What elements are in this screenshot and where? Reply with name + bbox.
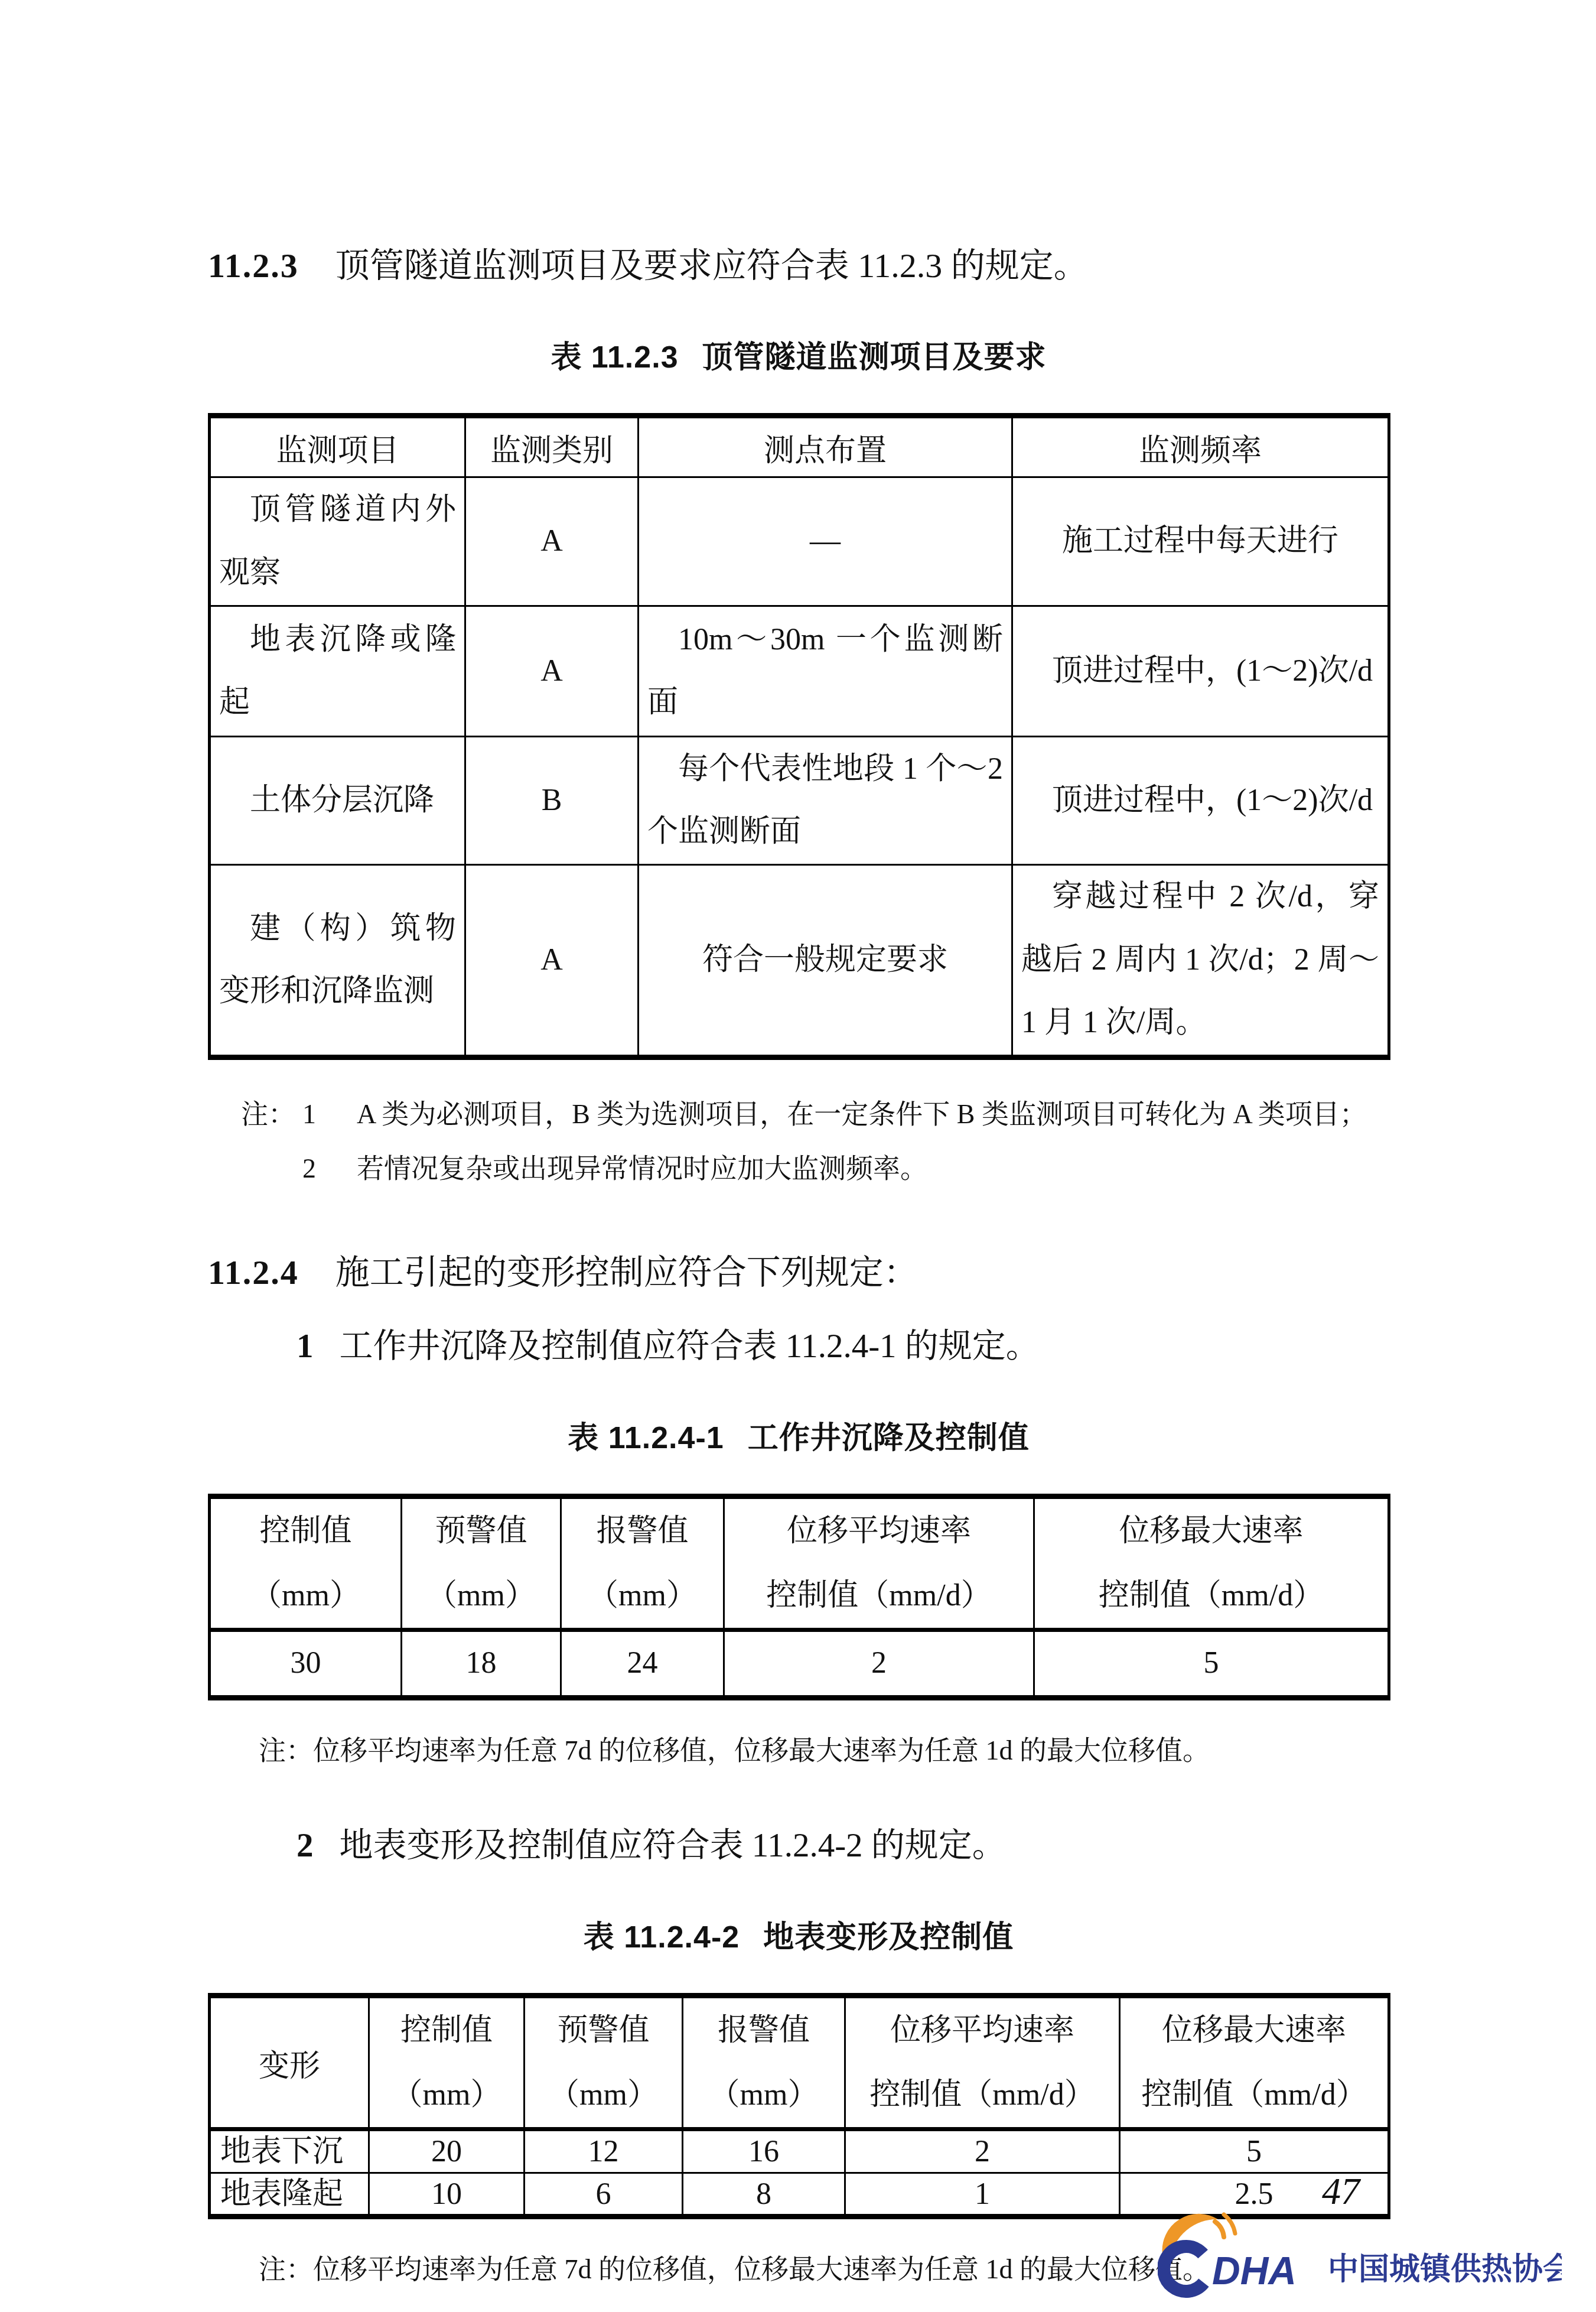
cell-layout: — <box>639 477 1012 606</box>
logo-orange-arc-tiny <box>1224 2215 1235 2233</box>
cell-value: 6 <box>525 2173 683 2217</box>
column-header: 位移平均速率 控制值（mm/d） <box>724 1496 1034 1630</box>
clause-number: 11.2.3 <box>208 246 299 285</box>
table-11-2-4-1-note: 注：位移平均速率为任意 7d 的位移值，位移最大速率为任意 1d 的最大位移值。 <box>259 1729 1389 1773</box>
cell-value: 8 <box>683 2173 845 2217</box>
table-caption-label: 表 11.2.3 <box>551 340 678 375</box>
column-header: 监测类别 <box>465 416 639 477</box>
table-caption-title: 地表变形及控制值 <box>763 1920 1014 1955</box>
column-header: 预警值 （mm） <box>402 1496 561 1630</box>
clause-11-2-4: 11.2.4施工引起的变形控制应符合下列规定： <box>208 1248 1389 1298</box>
table-11-2-4-2: 变形 控制值 （mm） 预警值 （mm） 报警值 （mm） 位移平均速率 控制值… <box>208 1993 1390 2219</box>
cell-value: 24 <box>561 1630 724 1698</box>
cell-value: 18 <box>402 1630 561 1698</box>
note-label: 注： <box>241 1087 302 1142</box>
cell-item: 顶管隧道内外观察 <box>210 477 465 606</box>
page-content: 11.2.3顶管隧道监测项目及要求应符合表 11.2.3 的规定。 表 11.2… <box>208 0 1389 2291</box>
cell-frequency: 施工过程中每天进行 <box>1012 477 1389 606</box>
column-header: 预警值 （mm） <box>525 1996 683 2129</box>
clause-item-2: 2地表变形及控制值应符合表 11.2.4-2 的规定。 <box>297 1822 1389 1871</box>
cell-layout: 符合一般规定要求 <box>639 865 1012 1058</box>
cell-category: B <box>465 737 639 865</box>
table-11-2-3: 监测项目 监测类别 测点布置 监测频率 顶管隧道内外观察 A — 施工过程中每天… <box>208 413 1390 1060</box>
table-row: 土体分层沉降 B 每个代表性地段 1 个～2 个监测断面 顶进过程中，(1～2)… <box>210 737 1389 865</box>
clause-text: 顶管隧道监测项目及要求应符合表 11.2.3 的规定。 <box>336 246 1088 285</box>
cell-value: 5 <box>1120 2129 1389 2173</box>
cell-value: 10 <box>369 2173 525 2217</box>
table-11-2-3-caption: 表 11.2.3顶管隧道监测项目及要求 <box>208 332 1389 376</box>
column-header: 监测项目 <box>210 416 465 477</box>
cell-category: A <box>465 477 639 606</box>
table-caption-label: 表 11.2.4-2 <box>584 1920 740 1955</box>
table-11-2-4-2-caption: 表 11.2.4-2地表变形及控制值 <box>208 1912 1389 1956</box>
cdha-logo-graphic: DHA 中国城镇供热协会 <box>1158 2211 1562 2300</box>
note-item: 注： 1 A 类为必测项目，B 类为选测项目，在一定条件下 B 类监测项目可转化… <box>241 1087 1389 1142</box>
table-caption-title: 工作井沉降及控制值 <box>748 1421 1030 1455</box>
logo-orange-arc-small <box>1215 2222 1224 2237</box>
cell-category: A <box>465 606 639 737</box>
table-row: 地表隆起 10 6 8 1 2.5 <box>210 2173 1389 2217</box>
column-header: 控制值 （mm） <box>369 1996 525 2129</box>
cell-layout: 10m～30m 一个监测断面 <box>639 606 1012 737</box>
table-row: 建（构）筑物变形和沉降监测 A 符合一般规定要求 穿越过程中 2 次/d，穿越后… <box>210 865 1389 1058</box>
table-11-2-4-1: 控制值 （mm） 预警值 （mm） 报警值 （mm） 位移平均速率 控制值（mm… <box>208 1494 1390 1700</box>
column-header: 测点布置 <box>639 416 1012 477</box>
table-row: 30 18 24 2 5 <box>210 1630 1389 1698</box>
column-header: 报警值 （mm） <box>683 1996 845 2129</box>
column-header: 报警值 （mm） <box>561 1496 724 1630</box>
page-number: 47 <box>1322 2170 1360 2213</box>
item-text: 地表变形及控制值应符合表 11.2.4-2 的规定。 <box>340 1827 1006 1864</box>
column-header: 控制值 （mm） <box>210 1496 402 1630</box>
column-header: 位移平均速率 控制值（mm/d） <box>845 1996 1120 2129</box>
note-number: 2 <box>302 1142 357 1196</box>
cell-value: 2 <box>845 2129 1120 2173</box>
clause-item-1: 1工作井沉降及控制值应符合表 11.2.4-1 的规定。 <box>297 1322 1389 1371</box>
cell-deformation: 地表隆起 <box>210 2173 369 2217</box>
cell-deformation: 地表下沉 <box>210 2129 369 2173</box>
table-header-row: 变形 控制值 （mm） 预警值 （mm） 报警值 （mm） 位移平均速率 控制值… <box>210 1996 1389 2129</box>
cell-value: 2 <box>724 1630 1034 1698</box>
table-caption-title: 顶管隧道监测项目及要求 <box>702 340 1047 375</box>
clause-number: 11.2.4 <box>208 1253 299 1292</box>
table-11-2-3-notes: 注： 1 A 类为必测项目，B 类为选测项目，在一定条件下 B 类监测项目可转化… <box>241 1087 1389 1196</box>
note-number: 1 <box>302 1087 357 1142</box>
note-item: 2 若情况复杂或出现异常情况时应加大监测频率。 <box>241 1142 1389 1196</box>
column-header: 变形 <box>210 1996 369 2129</box>
table-caption-label: 表 11.2.4-1 <box>568 1421 724 1455</box>
cell-frequency: 穿越过程中 2 次/d，穿越后 2 周内 1 次/d；2 周～1 月 1 次/周… <box>1012 865 1389 1058</box>
cdha-logo: DHA 中国城镇供热协会 <box>1158 2211 1562 2300</box>
table-row: 地表下沉 20 12 16 2 5 <box>210 2129 1389 2173</box>
table-row: 顶管隧道内外观察 A — 施工过程中每天进行 <box>210 477 1389 606</box>
cell-item: 土体分层沉降 <box>210 737 465 865</box>
document-page: 11.2.3顶管隧道监测项目及要求应符合表 11.2.3 的规定。 表 11.2… <box>0 0 1596 2312</box>
item-number: 1 <box>297 1328 314 1365</box>
cell-frequency: 顶进过程中，(1～2)次/d <box>1012 737 1389 865</box>
cell-value: 30 <box>210 1630 402 1698</box>
clause-11-2-3: 11.2.3顶管隧道监测项目及要求应符合表 11.2.3 的规定。 <box>208 0 1389 291</box>
cell-layout: 每个代表性地段 1 个～2 个监测断面 <box>639 737 1012 865</box>
logo-acronym: DHA <box>1212 2249 1297 2293</box>
table-11-2-4-1-caption: 表 11.2.4-1工作井沉降及控制值 <box>208 1413 1389 1457</box>
column-header: 位移最大速率 控制值（mm/d） <box>1120 1996 1389 2129</box>
cell-value: 1 <box>845 2173 1120 2217</box>
column-header: 监测频率 <box>1012 416 1389 477</box>
cell-category: A <box>465 865 639 1058</box>
note-text: 若情况复杂或出现异常情况时应加大监测频率。 <box>357 1142 1389 1196</box>
cell-value: 12 <box>525 2129 683 2173</box>
note-text: A 类为必测项目，B 类为选测项目，在一定条件下 B 类监测项目可转化为 A 类… <box>357 1087 1389 1142</box>
cell-value: 16 <box>683 2129 845 2173</box>
cell-item: 地表沉降或隆起 <box>210 606 465 737</box>
item-number: 2 <box>297 1827 314 1864</box>
cell-value: 20 <box>369 2129 525 2173</box>
cell-frequency: 顶进过程中，(1～2)次/d <box>1012 606 1389 737</box>
column-header: 位移最大速率 控制值（mm/d） <box>1034 1496 1389 1630</box>
item-text: 工作井沉降及控制值应符合表 11.2.4-1 的规定。 <box>340 1328 1040 1365</box>
clause-text: 施工引起的变形控制应符合下列规定： <box>336 1253 918 1292</box>
table-header-row: 控制值 （mm） 预警值 （mm） 报警值 （mm） 位移平均速率 控制值（mm… <box>210 1496 1389 1630</box>
table-header-row: 监测项目 监测类别 测点布置 监测频率 <box>210 416 1389 477</box>
cell-value: 5 <box>1034 1630 1389 1698</box>
logo-association-name: 中国城镇供热协会 <box>1328 2252 1562 2287</box>
cell-item: 建（构）筑物变形和沉降监测 <box>210 865 465 1058</box>
table-row: 地表沉降或隆起 A 10m～30m 一个监测断面 顶进过程中，(1～2)次/d <box>210 606 1389 737</box>
